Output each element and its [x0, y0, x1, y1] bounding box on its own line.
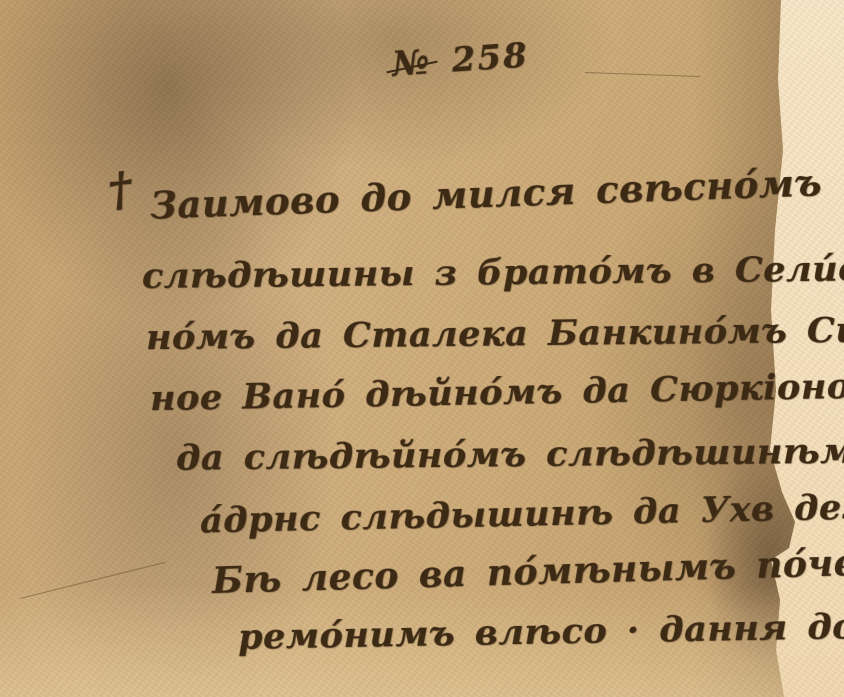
manuscript-line-5: да слѣдѣйно́мъ слѣдѣшинѣмъ [176, 430, 844, 478]
manuscript-photo: № 258 † Заимово до мился свѣсно́мъ слѣдѣ… [0, 0, 844, 697]
manuscript-line-2: слѣдѣшины з брато́мъ в Сели́до [142, 248, 844, 297]
manuscript-line-3: но́мъ да Сталека Банкино́мъ Сикин [146, 309, 844, 358]
